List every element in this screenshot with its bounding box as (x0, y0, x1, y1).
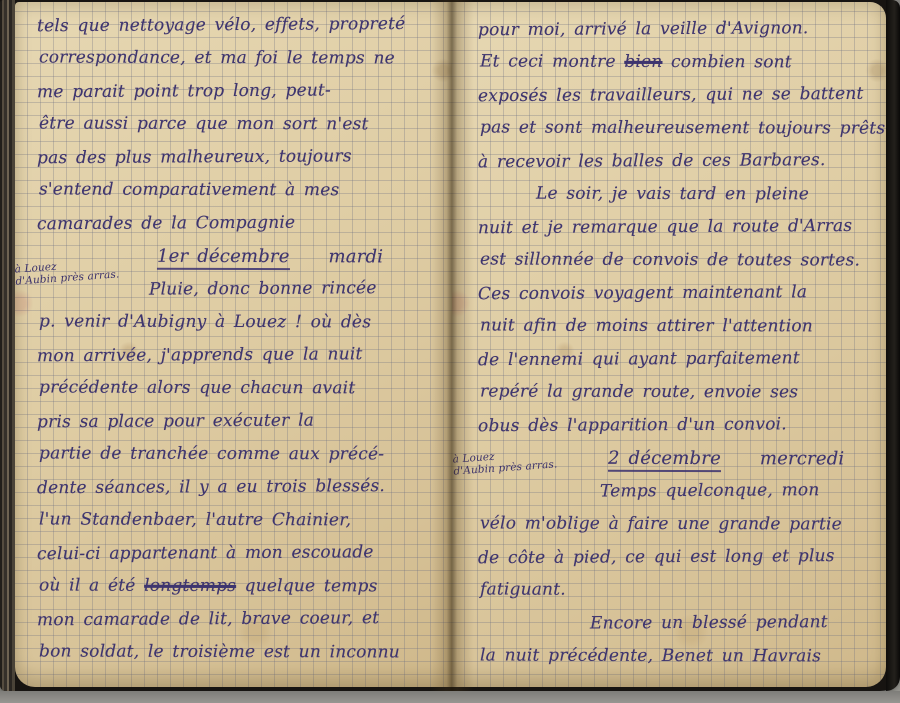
struck-word: bien (624, 52, 662, 72)
handwriting-line: Ces convois voyagent maintenant la (478, 276, 882, 311)
handwriting-line-with-strike: où il a été longtemps quelque temps (39, 569, 448, 603)
scanned-notebook-spread: à Louez d'Aubin près arras. tels que net… (0, 0, 900, 703)
handwriting-line: de côte à pied, ce qui est long et plus (478, 540, 882, 575)
line-segment: Et ceci montre (480, 51, 624, 71)
handwriting-line: l'un Standenbaer, l'autre Chainier, (39, 503, 448, 537)
handwriting-line: Encore un blessé pendant (478, 606, 882, 641)
handwriting-line: repéré la grande route, envoie ses (480, 375, 884, 409)
handwriting-line-with-strike: Et ceci montre bien combien sont (480, 45, 884, 79)
handwriting-line: bon soldat, le troisième est un inconnu (39, 635, 448, 669)
handwriting-line: partie de tranchée comme aux précé- (39, 437, 448, 471)
entry-heading-december-2: 2 décembre mercredi (480, 441, 884, 475)
handwriting-line: mon arrivée, j'apprends que la nuit (37, 338, 446, 373)
struck-word: longtemps (144, 576, 236, 596)
line-segment: où il a été (39, 575, 144, 595)
handwriting-line: pour moi, arrivé la veille d'Avignon. (478, 12, 882, 47)
handwriting-line: dente séances, il y a eu trois blessés. (37, 470, 446, 505)
handwriting-line: Temps quelconque, mon (478, 474, 882, 509)
desk-background (0, 691, 900, 703)
handwriting-line: me parait point trop long, peut- (37, 74, 446, 109)
line-segment: combien sont (662, 52, 791, 72)
entry-heading-december-1: 1er décembre mardi (39, 239, 448, 273)
handwriting-line: est sillonnée de convois de toutes sorte… (480, 243, 884, 277)
line-segment: quelque temps (236, 576, 378, 596)
handwriting-line: correspondance, et ma foi le temps ne (39, 41, 448, 75)
handwriting-line: Le soir, je vais tard en pleine (480, 177, 884, 211)
handwriting-line: p. venir d'Aubigny à Louez ! où dès (39, 305, 448, 339)
handwriting-line: nuit afin de moins attirer l'attention (480, 309, 884, 343)
handwriting-line: pris sa place pour exécuter la (37, 404, 446, 439)
handwriting-line: pas et sont malheureusement toujours prê… (480, 111, 884, 145)
entry-date: 1er décembre (157, 246, 290, 270)
handwriting-line: celui-ci appartenant à mon escouade (37, 536, 446, 571)
entry-date: 2 décembre (608, 448, 721, 472)
binding-edge-left (0, 0, 15, 691)
handwriting-line: s'entend comparativement à mes (39, 173, 448, 207)
handwriting-line: camarades de la Compagnie (37, 206, 446, 241)
left-page-text: tels que nettoyage vélo, effets, propret… (15, 2, 452, 687)
left-page: à Louez d'Aubin près arras. tels que net… (15, 2, 452, 687)
right-page: à Louez d'Aubin près arras. pour moi, ar… (452, 2, 886, 687)
handwriting-line: pas des plus malheureux, toujours (37, 140, 446, 175)
right-page-text: pour moi, arrivé la veille d'Avignon. Et… (452, 2, 886, 687)
handwriting-line: précédente alors que chacun avait (39, 371, 448, 405)
handwriting-line: tels que nettoyage vélo, effets, propret… (37, 8, 446, 43)
handwriting-line: à recevoir les balles de ces Barbares. (478, 144, 882, 179)
handwriting-line: mon camarade de lit, brave coeur, et (37, 602, 446, 637)
cover-edge-right (886, 0, 900, 691)
handwriting-line: obus dès l'apparition d'un convoi. (478, 408, 882, 443)
handwriting-line: exposés les travailleurs, qui ne se batt… (478, 78, 882, 113)
entry-weekday: mardi (328, 246, 383, 267)
handwriting-line: fatiguant. (480, 573, 884, 607)
entry-weekday: mercredi (760, 448, 845, 469)
handwriting-line: la nuit précédente, Benet un Havrais (480, 639, 884, 673)
handwriting-line: nuit et je remarque que la route d'Arras (478, 210, 882, 245)
handwriting-line: Pluie, donc bonne rincée (37, 272, 446, 307)
handwriting-line: vélo m'oblige à faire une grande partie (480, 507, 884, 541)
handwriting-line: être aussi parce que mon sort n'est (39, 107, 448, 141)
handwriting-line: de l'ennemi qui ayant parfaitement (478, 342, 882, 377)
notebook: à Louez d'Aubin près arras. tels que net… (0, 0, 900, 691)
